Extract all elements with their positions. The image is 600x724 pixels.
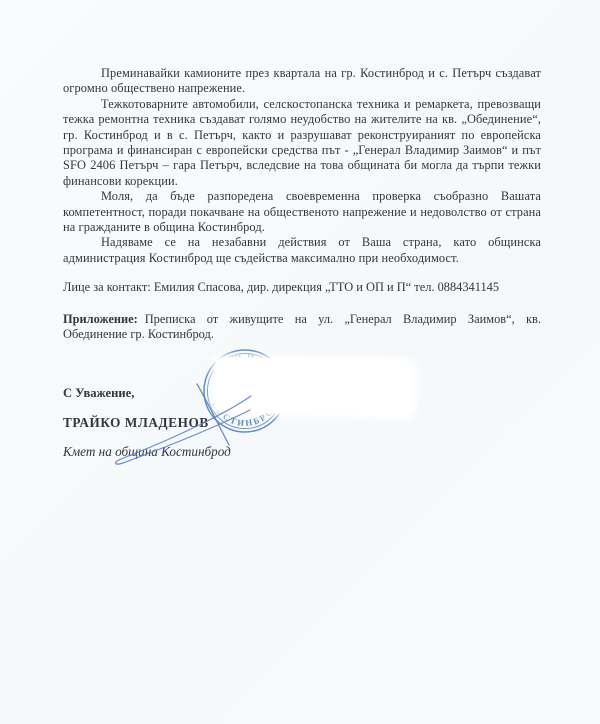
contact-line: Лице за контакт: Емилия Спасова, дир. ди… [63,280,541,295]
body-paragraph: Тежкотоварните автомобили, селскостопанс… [63,97,541,189]
body-paragraph: Преминавайки камионите през квартала на … [63,66,541,97]
scanned-letter-page: Преминавайки камионите през квартала на … [0,0,600,724]
body-paragraph: Моля, да бъде разпоредена своевременна п… [63,189,541,235]
signature-ink [100,370,320,470]
attachment-label: Приложение: [63,312,138,326]
body-paragraph: Надяваме се на незабавни действия от Ваш… [63,235,541,266]
attachment-line: Приложение:Преписка от живущите на ул. „… [63,312,541,344]
